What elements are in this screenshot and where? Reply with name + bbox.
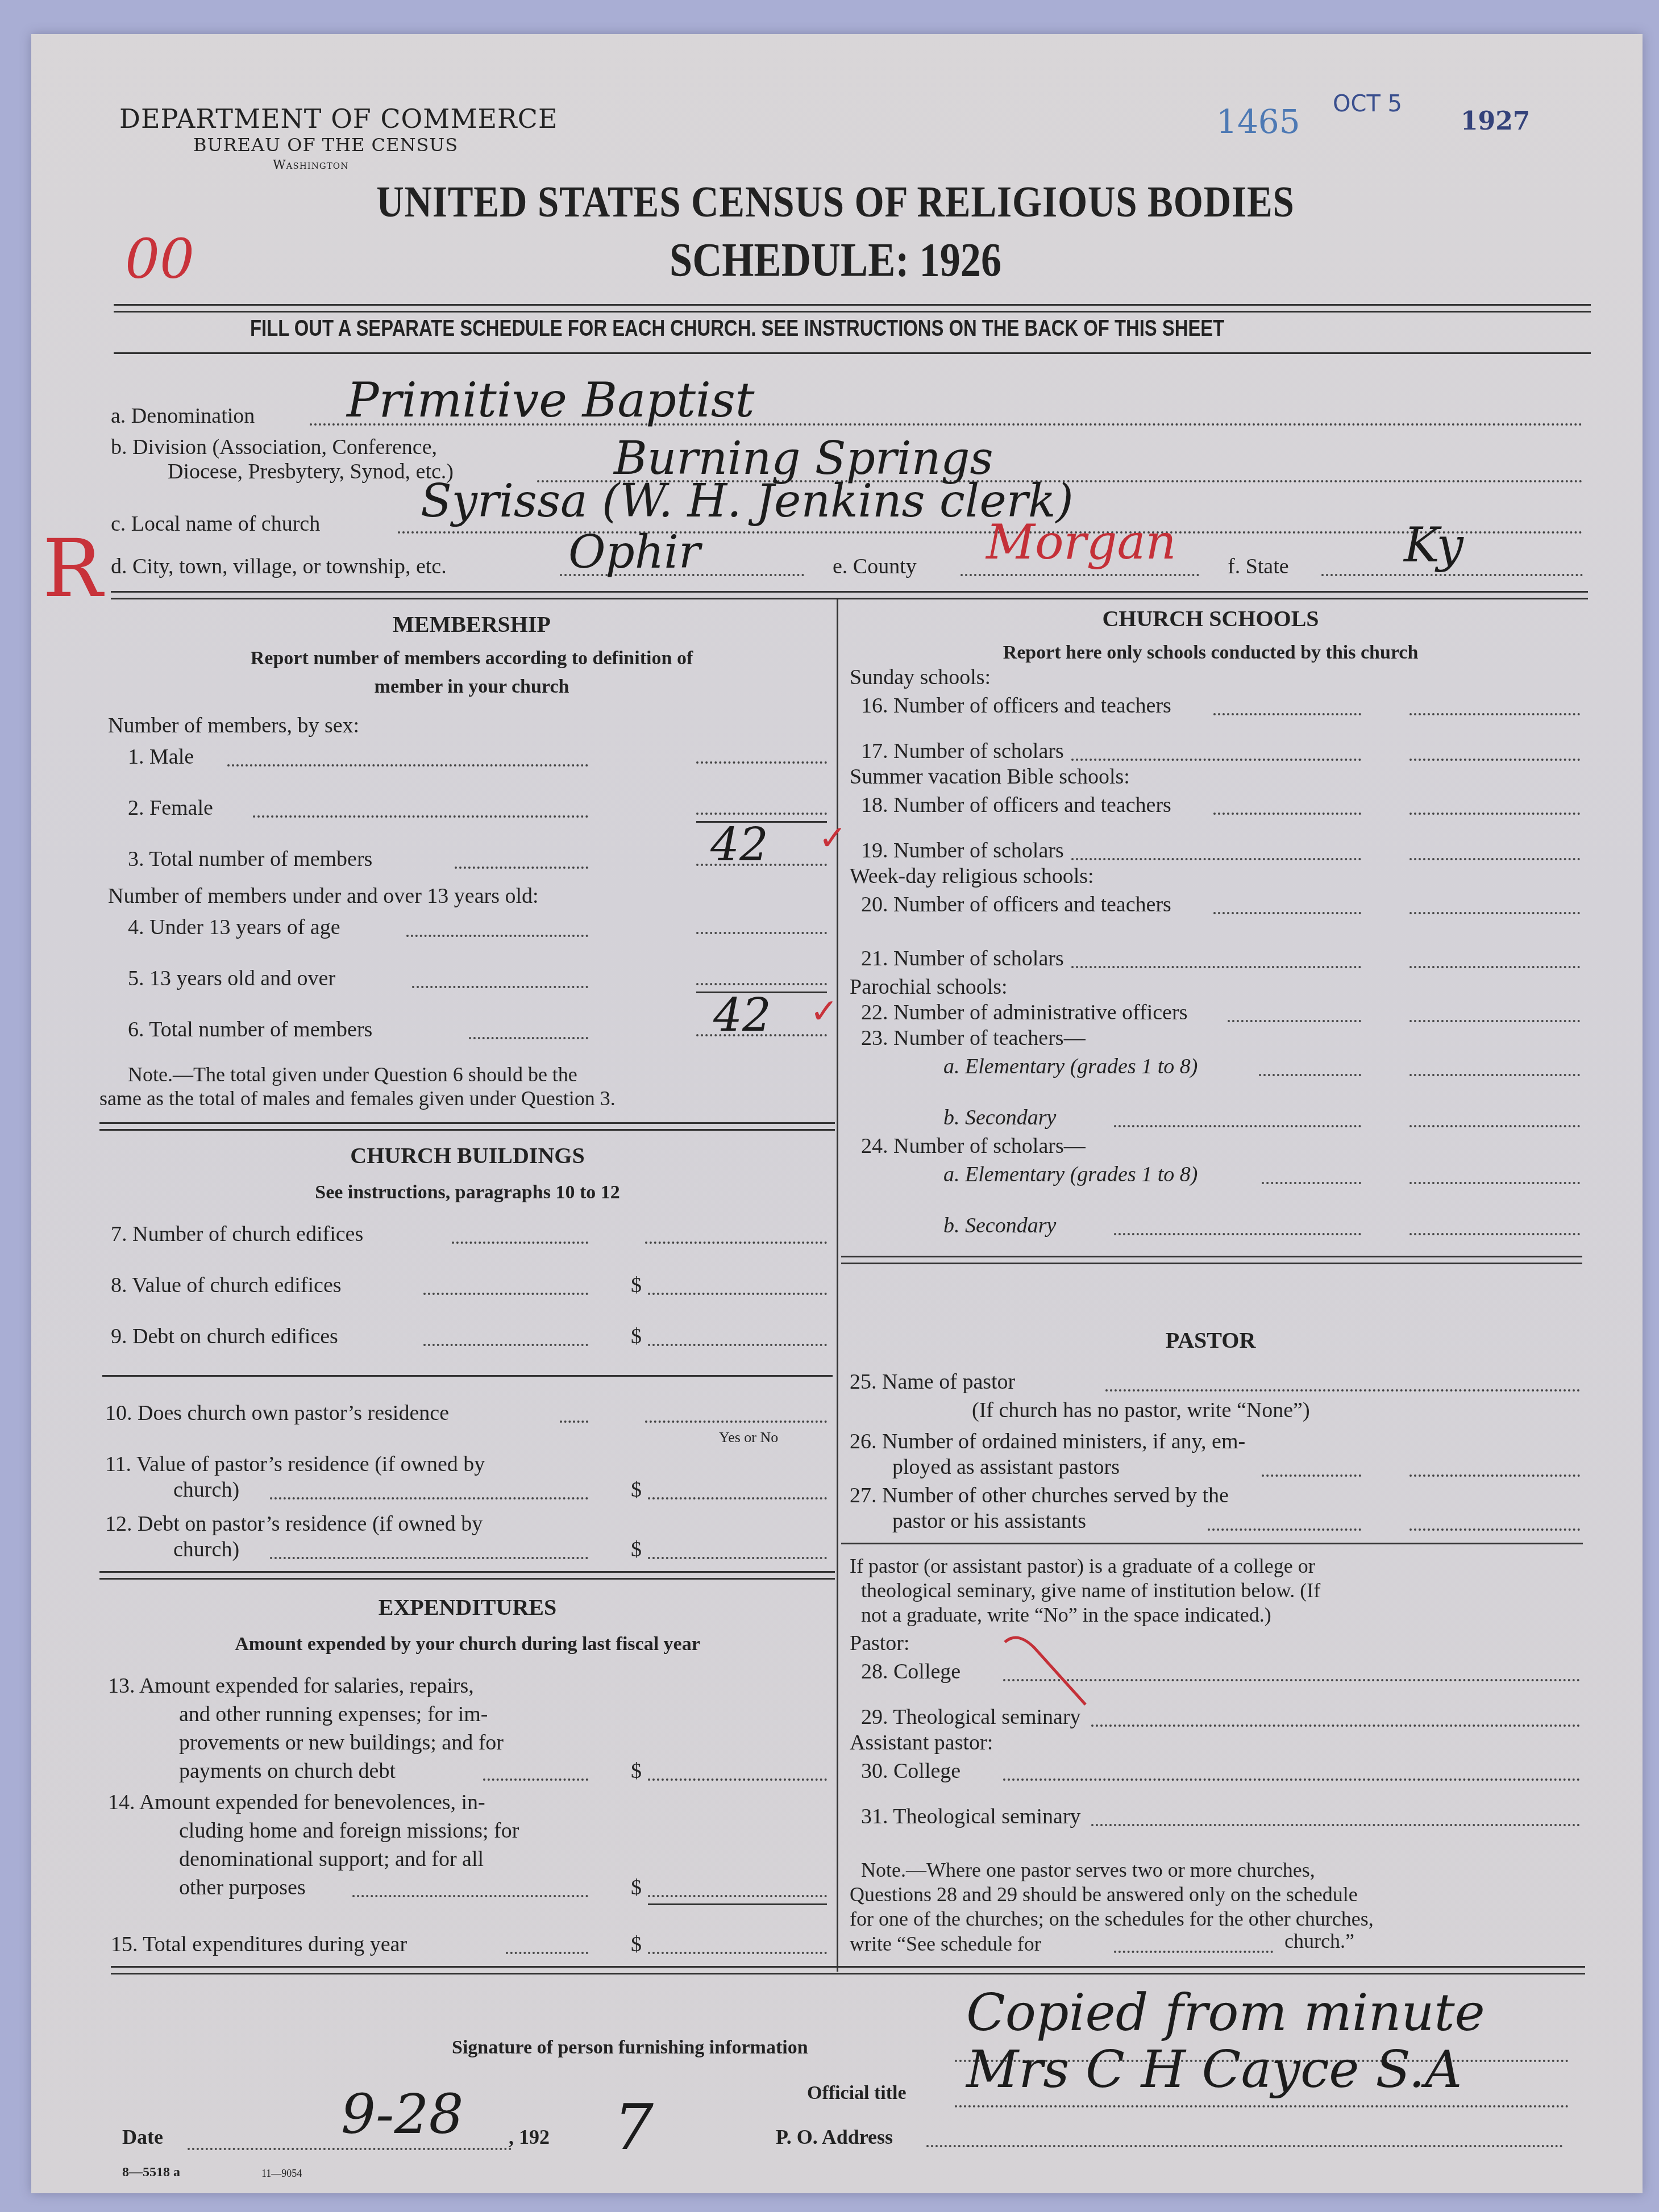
- q13-line3: provements or new buildings; and for: [179, 1730, 504, 1755]
- q27-label-2: pastor or his assistants: [892, 1509, 1086, 1534]
- q16-label: 16. Number of officers and teachers: [861, 693, 1171, 718]
- q13-line1: 13. Amount expended for salaries, repair…: [108, 1673, 474, 1698]
- assistant-seminary-field[interactable]: [1091, 1824, 1580, 1826]
- q14-line2: cluding home and foreign missions; for: [179, 1818, 519, 1843]
- denomination-value: Primitive Baptist: [347, 372, 755, 428]
- signature-divider: [111, 1966, 1585, 1974]
- red-strike-mark-icon: [1000, 1631, 1103, 1710]
- bureau-heading: BUREAU OF THE CENSUS: [193, 134, 458, 156]
- summer-schools-label: Summer vacation Bible schools:: [850, 764, 1130, 789]
- running-expenses-field[interactable]: [648, 1778, 827, 1781]
- pastor-college-label: 28. College: [861, 1659, 961, 1684]
- secondary-scholars-field[interactable]: [1409, 1233, 1580, 1235]
- under-13-field[interactable]: [696, 932, 827, 934]
- currency-symbol: $: [631, 1932, 642, 1957]
- city-label: d. City, town, village, or township, etc…: [111, 554, 447, 579]
- q23a-label: a. Elementary (grades 1 to 8): [943, 1054, 1198, 1079]
- assistant-college-field[interactable]: [1003, 1778, 1580, 1781]
- female-label: 2. Female: [128, 795, 213, 820]
- elementary-teachers-field[interactable]: [1409, 1074, 1580, 1076]
- sunday-schools-label: Sunday schools:: [850, 665, 991, 690]
- schedule-title: SCHEDULE: 1926: [371, 233, 1300, 288]
- leader-dots: [560, 1420, 588, 1423]
- over-13-label: 5. 13 years old and over: [128, 966, 335, 991]
- pastor-name-hint: (If church has no pastor, write “None”): [972, 1398, 1310, 1423]
- sunday-teachers-field[interactable]: [1409, 713, 1580, 715]
- q13-line4: payments on church debt: [179, 1759, 396, 1784]
- parochial-schools-label: Parochial schools:: [850, 974, 1008, 999]
- residence-value-label-2: church): [173, 1477, 239, 1502]
- yes-no-hint: Yes or No: [719, 1429, 778, 1446]
- county-field[interactable]: [961, 574, 1199, 576]
- expenditures-heading: EXPENDITURES: [99, 1594, 835, 1621]
- debt-edifices-field[interactable]: [648, 1344, 827, 1346]
- church-buildings-subtitle: See instructions, paragraphs 10 to 12: [99, 1182, 835, 1203]
- church-buildings-heading: CHURCH BUILDINGS: [99, 1142, 835, 1169]
- official-title-value: Mrs C H Cayce S.A: [966, 2040, 1462, 2099]
- leader-dots: [1071, 858, 1361, 860]
- q26-label-2: ployed as assistant pastors: [892, 1455, 1120, 1480]
- leader-dots: [270, 1497, 588, 1499]
- leader-dots: [270, 1557, 588, 1559]
- over-13-field[interactable]: [696, 983, 827, 985]
- red-checkmark-icon: ✓: [818, 818, 847, 858]
- weekday-schools-label: Week-day religious schools:: [850, 864, 1094, 889]
- red-margin-mark: R: [43, 523, 102, 615]
- under-13-label: 4. Under 13 years of age: [128, 915, 340, 940]
- assistant-seminary-label: 31. Theological seminary: [861, 1804, 1081, 1829]
- total-members-label: 3. Total number of members: [128, 847, 372, 872]
- currency-symbol: $: [631, 1875, 642, 1900]
- assistant-college-label: 30. College: [861, 1759, 961, 1784]
- leader-dots: [1071, 966, 1361, 968]
- admin-officers-field[interactable]: [1409, 1020, 1580, 1022]
- q13-line2: and other running expenses; for im-: [179, 1702, 488, 1727]
- total-expenditures-field[interactable]: [648, 1952, 827, 1954]
- date-value: 9-28: [341, 2082, 464, 2146]
- church-name-value: Syrissa (W. H. Jenkins clerk): [421, 474, 1074, 527]
- membership-heading: MEMBERSHIP: [111, 611, 833, 638]
- form-title: UNITED STATES CENSUS OF RELIGIOUS BODIES: [371, 176, 1300, 227]
- weekday-scholars-field[interactable]: [1409, 966, 1580, 968]
- q14-line4: other purposes: [179, 1875, 306, 1900]
- q19-label: 19. Number of scholars: [861, 838, 1064, 863]
- receipt-stamp-date: OCT 5: [1333, 91, 1402, 117]
- section-divider: [841, 1543, 1583, 1544]
- state-field[interactable]: [1321, 574, 1583, 576]
- residence-value-field[interactable]: [648, 1497, 827, 1499]
- department-heading: DEPARTMENT OF COMMERCE: [119, 103, 558, 134]
- print-code: 11—9054: [261, 2168, 302, 2180]
- leader-dots: [412, 986, 588, 988]
- leader-dots: [1213, 912, 1361, 914]
- pastor-note-line4b: church.”: [1284, 1929, 1354, 1953]
- church-schools-subtitle: Report here only schools conducted by th…: [841, 642, 1580, 664]
- total-expenditures-label: 15. Total expenditures during year: [111, 1932, 407, 1957]
- church-schools-heading: CHURCH SCHOOLS: [841, 605, 1580, 632]
- date-label: Date: [122, 2125, 163, 2149]
- leader-dots: [1228, 1020, 1361, 1022]
- leader-dots: [423, 1344, 588, 1346]
- weekday-teachers-field[interactable]: [1409, 912, 1580, 914]
- leader-dots: [227, 764, 588, 767]
- by-sex-label: Number of members, by sex:: [108, 713, 359, 738]
- residence-debt-label-2: church): [173, 1537, 239, 1562]
- q24b-label: b. Secondary: [943, 1213, 1056, 1238]
- see-schedule-field[interactable]: [1114, 1951, 1273, 1953]
- header-divider: [114, 304, 1591, 313]
- leader-dots: [253, 815, 588, 818]
- graduate-note-line3: not a graduate, write “No” in the space …: [861, 1603, 1271, 1627]
- leader-dots: [1262, 1182, 1361, 1184]
- q14-line1: 14. Amount expended for benevolences, in…: [108, 1790, 485, 1815]
- by-age-label: Number of members under and over 13 year…: [108, 884, 539, 909]
- leader-dots: [1213, 813, 1361, 815]
- official-title-field[interactable]: [955, 2105, 1569, 2107]
- q18-label: 18. Number of officers and teachers: [861, 793, 1171, 818]
- year-prefix: , 192: [509, 2125, 550, 2149]
- po-address-label: P. O. Address: [776, 2125, 893, 2149]
- graduate-note-line1: If pastor (or assistant pastor) is a gra…: [850, 1554, 1315, 1578]
- leader-dots: [452, 1242, 588, 1244]
- membership-note-line2: same as the total of males and females g…: [99, 1086, 616, 1110]
- red-checkmark-icon: ✓: [810, 992, 838, 1031]
- pastor-note-line2: Questions 28 and 29 should be answered o…: [850, 1882, 1358, 1906]
- pastor-seminary-field[interactable]: [1091, 1724, 1580, 1727]
- q27-label-1: 27. Number of other churches served by t…: [850, 1483, 1229, 1508]
- denomination-label: a. Denomination: [111, 403, 255, 428]
- q22-label: 22. Number of administrative officers: [861, 1000, 1187, 1025]
- instruction-banner: FILL OUT A SEPARATE SCHEDULE FOR EACH CH…: [250, 316, 1224, 341]
- residence-debt-field[interactable]: [648, 1557, 827, 1559]
- leader-dots: [506, 1952, 588, 1954]
- signature-label: Signature of person furnishing informati…: [452, 2037, 808, 2059]
- currency-symbol: $: [631, 1759, 642, 1784]
- state-label: f. State: [1228, 554, 1289, 579]
- residence-debt-label-1: 12. Debt on pastor’s residence (if owned…: [105, 1511, 483, 1536]
- q23b-label: b. Secondary: [943, 1105, 1056, 1130]
- receipt-stamp-year: 1927: [1461, 107, 1530, 136]
- identification-divider: [111, 591, 1588, 599]
- owns-residence-field[interactable]: [645, 1420, 827, 1423]
- expenditures-subtitle: Amount expended by your church during la…: [99, 1634, 835, 1655]
- leader-dots: [1262, 1474, 1361, 1477]
- section-divider: [99, 1571, 835, 1580]
- leader-dots: [1114, 1233, 1361, 1235]
- summer-teachers-field[interactable]: [1409, 813, 1580, 815]
- other-churches-field[interactable]: [1409, 1528, 1580, 1531]
- column-divider: [837, 599, 838, 1972]
- state-value: Ky: [1404, 517, 1463, 573]
- sum-line: [648, 1903, 827, 1905]
- leader-dots: [1259, 1074, 1361, 1076]
- summer-scholars-field[interactable]: [1409, 858, 1580, 860]
- leader-dots: [352, 1895, 588, 1897]
- leader-dots: [423, 1293, 588, 1295]
- city-heading: Washington: [273, 158, 348, 172]
- owns-residence-label: 10. Does church own pastor’s residence: [105, 1401, 449, 1426]
- signature-value: Copied from minute: [966, 1983, 1485, 2043]
- pastor-seminary-label: 29. Theological seminary: [861, 1705, 1081, 1730]
- city-value: Ophir: [568, 526, 700, 578]
- county-value: Morgan: [986, 514, 1176, 570]
- leader-dots: [1208, 1528, 1361, 1531]
- currency-symbol: $: [631, 1273, 642, 1298]
- debt-edifices-label: 9. Debt on church edifices: [111, 1324, 338, 1349]
- leader-dots: [469, 1037, 588, 1039]
- official-title-label: Official title: [807, 2082, 907, 2104]
- leader-dots: [455, 867, 588, 869]
- year-value: 7: [614, 2091, 654, 2164]
- section-divider: [102, 1375, 833, 1377]
- total-by-age-value: 42: [713, 989, 771, 1042]
- po-address-field[interactable]: [926, 2145, 1563, 2147]
- female-field[interactable]: [696, 813, 827, 815]
- leader-dots: [1071, 759, 1361, 761]
- pastor-name-label: 25. Name of pastor: [850, 1369, 1015, 1394]
- q23-label: 23. Number of teachers—: [861, 1026, 1086, 1051]
- assistant-pastors-field[interactable]: [1409, 1474, 1580, 1477]
- male-label: 1. Male: [128, 744, 194, 769]
- county-label: e. County: [833, 554, 917, 579]
- membership-subtitle-2: member in your church: [111, 676, 833, 698]
- banner-divider: [114, 352, 1591, 354]
- membership-note-line1: Note.—The total given under Question 6 s…: [128, 1063, 577, 1086]
- q21-label: 21. Number of scholars: [861, 946, 1064, 971]
- value-edifices-label: 8. Value of church edifices: [111, 1273, 342, 1298]
- pastor-note-line4a: write “See schedule for: [850, 1932, 1041, 1956]
- male-field[interactable]: [696, 761, 827, 764]
- receipt-stamp-number: 1465: [1216, 102, 1300, 141]
- pastor-name-field[interactable]: [1105, 1389, 1580, 1392]
- church-name-label: c. Local name of church: [111, 511, 320, 536]
- pastor-subheading: Pastor:: [850, 1631, 910, 1656]
- total-members-value: 42: [710, 818, 768, 871]
- form-number: 8—5518 a: [122, 2165, 180, 2180]
- q24-label: 24. Number of scholars—: [861, 1134, 1086, 1159]
- leader-dots: [406, 935, 588, 937]
- q14-line3: denominational support; and for all: [179, 1847, 484, 1872]
- num-edifices-label: 7. Number of church edifices: [111, 1222, 363, 1247]
- currency-symbol: $: [631, 1324, 642, 1349]
- division-label-line1: b. Division (Association, Conference,: [111, 435, 437, 460]
- total-by-age-label: 6. Total number of members: [128, 1017, 372, 1042]
- leader-dots: [1114, 1125, 1361, 1127]
- leader-dots: [1213, 713, 1361, 715]
- currency-symbol: $: [631, 1537, 642, 1562]
- section-divider: [841, 1256, 1582, 1264]
- elementary-scholars-field[interactable]: [1409, 1182, 1580, 1184]
- division-label-line2: Diocese, Presbytery, Synod, etc.): [168, 459, 454, 484]
- red-annotation-mark: 00: [125, 227, 194, 291]
- leader-dots: [483, 1778, 588, 1781]
- q26-label-1: 26. Number of ordained ministers, if any…: [850, 1429, 1245, 1454]
- sunday-scholars-field[interactable]: [1409, 759, 1580, 761]
- q20-label: 20. Number of officers and teachers: [861, 892, 1171, 917]
- section-divider: [99, 1122, 835, 1131]
- membership-subtitle-1: Report number of members according to de…: [111, 648, 833, 669]
- pastor-note-line3: for one of the churches; on the schedule…: [850, 1907, 1374, 1931]
- residence-value-label-1: 11. Value of pastor’s residence (if owne…: [105, 1452, 485, 1477]
- graduate-note-line2: theological seminary, give name of insti…: [861, 1578, 1320, 1602]
- currency-symbol: $: [631, 1477, 642, 1502]
- date-field[interactable]: [188, 2148, 512, 2150]
- value-edifices-field[interactable]: [648, 1293, 827, 1295]
- pastor-heading: PASTOR: [841, 1327, 1580, 1353]
- pastor-note-line1: Note.—Where one pastor serves two or mor…: [861, 1858, 1315, 1882]
- assistant-pastor-subheading: Assistant pastor:: [850, 1730, 993, 1755]
- benevolences-field[interactable]: [648, 1895, 827, 1897]
- q17-label: 17. Number of scholars: [861, 739, 1064, 764]
- secondary-teachers-field[interactable]: [1409, 1125, 1580, 1127]
- q24a-label: a. Elementary (grades 1 to 8): [943, 1162, 1198, 1187]
- num-edifices-field[interactable]: [645, 1242, 827, 1244]
